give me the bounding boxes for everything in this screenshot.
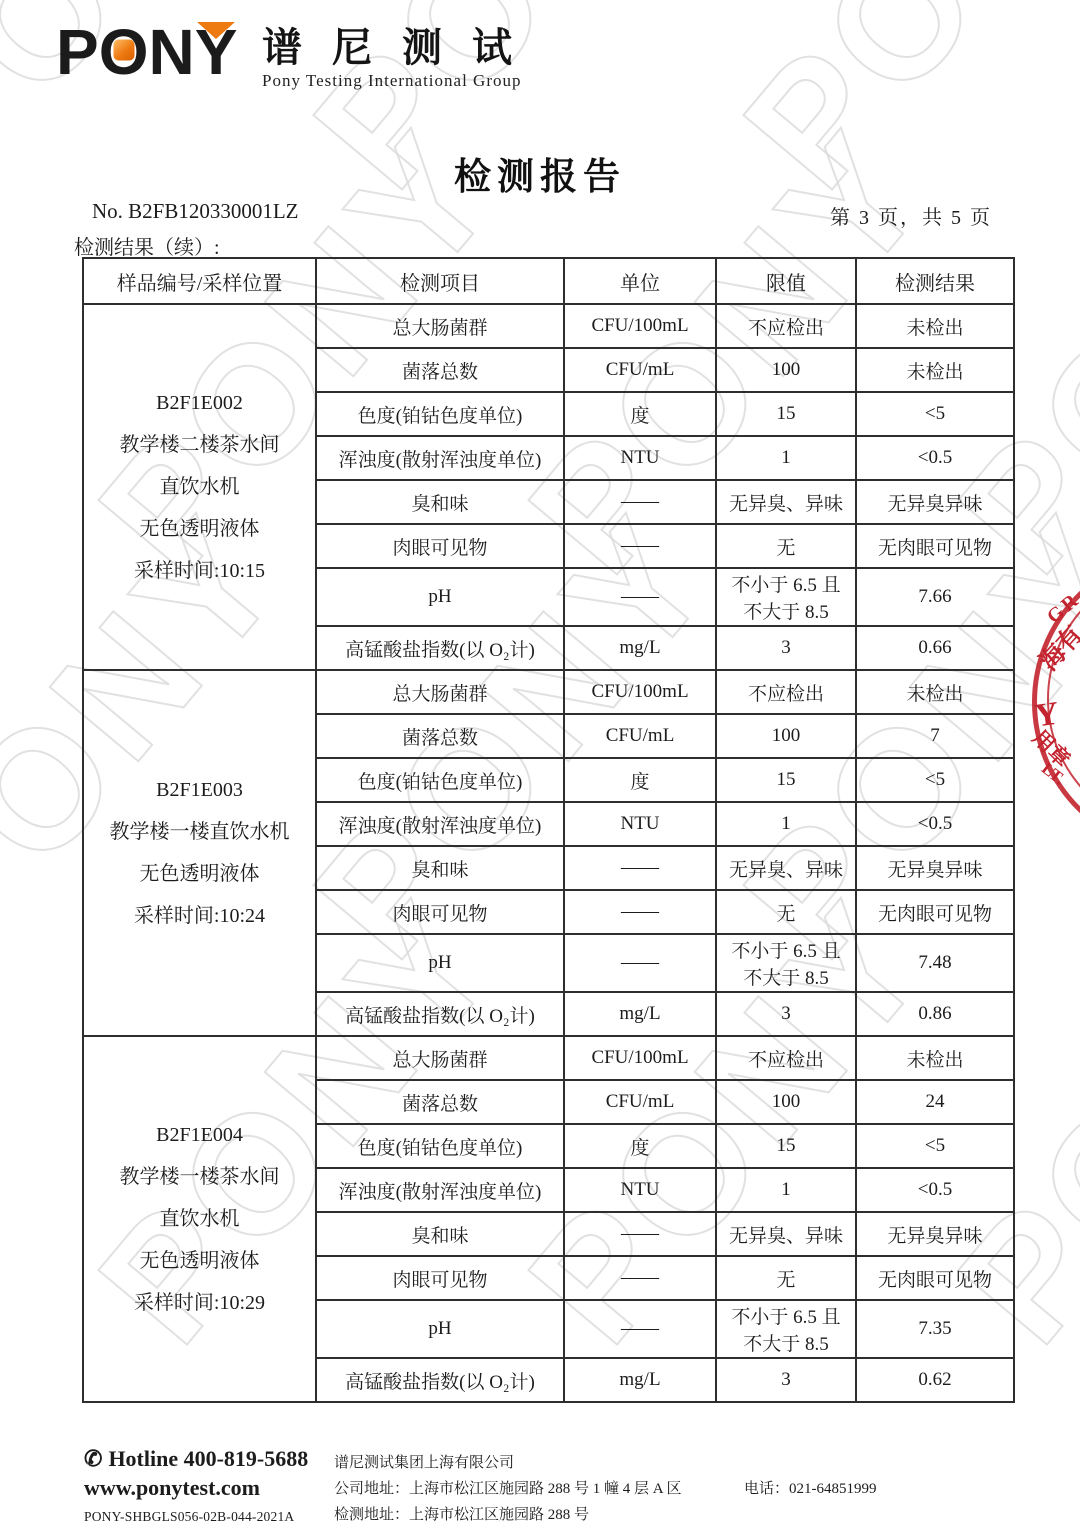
footer-left: ✆Hotline 400-819-5688 www.ponytest.com P… bbox=[84, 1446, 308, 1525]
limit-cell: 15 bbox=[716, 758, 856, 802]
logo-orange-triangle bbox=[197, 22, 235, 39]
item-cell: pH bbox=[316, 568, 564, 626]
document-code: PONY-SHBGLS056-02B-044-2021A bbox=[84, 1509, 308, 1525]
limit-cell: 100 bbox=[716, 714, 856, 758]
item-cell: 浑浊度(散射浑浊度单位) bbox=[316, 802, 564, 846]
limit-cell: 3 bbox=[716, 626, 856, 670]
footer-phone: 电话：021-64851999 bbox=[744, 1477, 877, 1498]
item-cell: 臭和味 bbox=[316, 1212, 564, 1256]
result-cell: 7.48 bbox=[856, 934, 1014, 992]
result-cell: 无异臭异味 bbox=[856, 1212, 1014, 1256]
result-cell: 无肉眼可见物 bbox=[856, 1256, 1014, 1300]
page-number-info: 第 3 页，共 5 页 bbox=[830, 201, 992, 230]
result-cell: 未检出 bbox=[856, 304, 1014, 348]
item-cell: 肉眼可见物 bbox=[316, 524, 564, 568]
report-page: PONYPONYPONYPONYPONYPONYPONYPONYPONYPONY… bbox=[0, 0, 1080, 1528]
unit-cell: mg/L bbox=[564, 1358, 716, 1402]
limit-cell: 不小于 6.5 且 不大于 8.5 bbox=[716, 568, 856, 626]
unit-cell: —— bbox=[564, 934, 716, 992]
col-header-sample: 样品编号/采样位置 bbox=[83, 258, 316, 304]
unit-cell: mg/L bbox=[564, 992, 716, 1036]
item-cell: 肉眼可见物 bbox=[316, 890, 564, 934]
logo-letter: P bbox=[56, 18, 99, 86]
unit-cell: —— bbox=[564, 480, 716, 524]
phone-icon: ✆ bbox=[84, 1446, 102, 1471]
result-cell: 无异臭异味 bbox=[856, 480, 1014, 524]
unit-cell: 度 bbox=[564, 392, 716, 436]
result-cell: 0.62 bbox=[856, 1358, 1014, 1402]
logo-letter: O bbox=[99, 18, 149, 86]
unit-cell: NTU bbox=[564, 1168, 716, 1212]
unit-cell: —— bbox=[564, 890, 716, 934]
limit-cell: 无异臭、异味 bbox=[716, 480, 856, 524]
item-cell: 臭和味 bbox=[316, 846, 564, 890]
limit-cell: 15 bbox=[716, 1124, 856, 1168]
pony-logo: PONY bbox=[56, 18, 237, 90]
table-header-row: 样品编号/采样位置 检测项目 单位 限值 检测结果 bbox=[83, 258, 1014, 304]
result-cell: 7.66 bbox=[856, 568, 1014, 626]
table-row: B2F1E002 教学楼二楼茶水间 直饮水机 无色透明液体 采样时间:10:15… bbox=[83, 304, 1014, 348]
result-cell: 未检出 bbox=[856, 348, 1014, 392]
page-title: 检测报告 bbox=[0, 146, 1080, 200]
result-cell: 无肉眼可见物 bbox=[856, 524, 1014, 568]
result-cell: 24 bbox=[856, 1080, 1014, 1124]
result-cell: <0.5 bbox=[856, 1168, 1014, 1212]
limit-cell: 1 bbox=[716, 436, 856, 480]
result-cell: 0.86 bbox=[856, 992, 1014, 1036]
limit-cell: 无 bbox=[716, 890, 856, 934]
stamp-text-fragment: Y bbox=[1033, 696, 1062, 736]
results-table-wrap: 样品编号/采样位置 检测项目 单位 限值 检测结果 B2F1E002 教学楼二楼… bbox=[82, 257, 1015, 1403]
item-cell: 菌落总数 bbox=[316, 1080, 564, 1124]
item-cell: 肉眼可见物 bbox=[316, 1256, 564, 1300]
item-cell: 菌落总数 bbox=[316, 714, 564, 758]
unit-cell: NTU bbox=[564, 436, 716, 480]
item-cell: 总大肠菌群 bbox=[316, 304, 564, 348]
limit-cell: 不小于 6.5 且 不大于 8.5 bbox=[716, 1300, 856, 1358]
limit-cell: 3 bbox=[716, 1358, 856, 1402]
stamp-outer-ring bbox=[1032, 549, 1080, 855]
col-header-limit: 限值 bbox=[716, 258, 856, 304]
stamp-text-fragment: LT. bbox=[1037, 759, 1068, 790]
result-cell: <0.5 bbox=[856, 802, 1014, 846]
result-cell: 无异臭异味 bbox=[856, 846, 1014, 890]
item-cell: 色度(铂钴色度单位) bbox=[316, 758, 564, 802]
stamp-text-fragment: 海有 bbox=[1030, 616, 1080, 677]
limit-cell: 100 bbox=[716, 348, 856, 392]
limit-cell: 无 bbox=[716, 1256, 856, 1300]
unit-cell: —— bbox=[564, 1300, 716, 1358]
unit-cell: CFU/100mL bbox=[564, 1036, 716, 1080]
item-cell: 浑浊度(散射浑浊度单位) bbox=[316, 1168, 564, 1212]
footer-middle: 谱尼测试集团上海有限公司 公司地址：上海市松江区施园路 288 号 1 幢 4 … bbox=[334, 1450, 682, 1528]
unit-cell: mg/L bbox=[564, 626, 716, 670]
unit-cell: 度 bbox=[564, 758, 716, 802]
table-row: B2F1E004 教学楼一楼茶水间 直饮水机 无色透明液体 采样时间:10:29… bbox=[83, 1036, 1014, 1080]
col-header-result: 检测结果 bbox=[856, 258, 1014, 304]
limit-cell: 无异臭、异味 bbox=[716, 846, 856, 890]
limit-cell: 不小于 6.5 且 不大于 8.5 bbox=[716, 934, 856, 992]
result-cell: <0.5 bbox=[856, 436, 1014, 480]
sample-info-cell: B2F1E002 教学楼二楼茶水间 直饮水机 无色透明液体 采样时间:10:15 bbox=[83, 304, 316, 670]
result-cell: 7.35 bbox=[856, 1300, 1014, 1358]
table-row: B2F1E003 教学楼一楼直饮水机 无色透明液体 采样时间:10:24总大肠菌… bbox=[83, 670, 1014, 714]
unit-cell: —— bbox=[564, 1212, 716, 1256]
section-label: 检测结果（续）: bbox=[74, 231, 220, 260]
limit-cell: 无异臭、异味 bbox=[716, 1212, 856, 1256]
limit-cell: 不应检出 bbox=[716, 1036, 856, 1080]
unit-cell: CFU/mL bbox=[564, 714, 716, 758]
result-cell: <5 bbox=[856, 758, 1014, 802]
result-cell: <5 bbox=[856, 392, 1014, 436]
brand-block: 谱尼测试 Pony Testing International Group bbox=[262, 26, 542, 91]
limit-cell: 不应检出 bbox=[716, 670, 856, 714]
hotline-text: Hotline 400-819-5688 bbox=[108, 1446, 308, 1471]
item-cell: pH bbox=[316, 1300, 564, 1358]
unit-cell: NTU bbox=[564, 802, 716, 846]
sample-info-cell: B2F1E003 教学楼一楼直饮水机 无色透明液体 采样时间:10:24 bbox=[83, 670, 316, 1036]
unit-cell: CFU/mL bbox=[564, 348, 716, 392]
limit-cell: 1 bbox=[716, 802, 856, 846]
unit-cell: —— bbox=[564, 568, 716, 626]
item-cell: 菌落总数 bbox=[316, 348, 564, 392]
limit-cell: 不应检出 bbox=[716, 304, 856, 348]
company-address: 公司地址：上海市松江区施园路 288 号 1 幢 4 层 A 区 bbox=[334, 1476, 682, 1502]
brand-chinese-name: 谱尼测试 bbox=[262, 26, 542, 70]
results-table: 样品编号/采样位置 检测项目 单位 限值 检测结果 B2F1E002 教学楼二楼… bbox=[82, 257, 1015, 1403]
sample-info-cell: B2F1E004 教学楼一楼茶水间 直饮水机 无色透明液体 采样时间:10:29 bbox=[83, 1036, 316, 1402]
unit-cell: —— bbox=[564, 1256, 716, 1300]
item-cell: pH bbox=[316, 934, 564, 992]
website-link[interactable]: www.ponytest.com bbox=[84, 1475, 308, 1501]
brand-english-name: Pony Testing International Group bbox=[262, 71, 542, 91]
item-cell: 高锰酸盐指数(以 O₂计) bbox=[316, 626, 564, 670]
hotline-line: ✆Hotline 400-819-5688 bbox=[84, 1446, 308, 1472]
col-header-item: 检测项目 bbox=[316, 258, 564, 304]
item-cell: 色度(铂钴色度单位) bbox=[316, 392, 564, 436]
unit-cell: 度 bbox=[564, 1124, 716, 1168]
limit-cell: 3 bbox=[716, 992, 856, 1036]
item-cell: 色度(铂钴色度单位) bbox=[316, 1124, 564, 1168]
item-cell: 臭和味 bbox=[316, 480, 564, 524]
limit-cell: 1 bbox=[716, 1168, 856, 1212]
item-cell: 浑浊度(散射浑浊度单位) bbox=[316, 436, 564, 480]
result-cell: <5 bbox=[856, 1124, 1014, 1168]
logo-letter: Y bbox=[195, 18, 238, 86]
stamp-text-fragment: 用章 bbox=[1026, 723, 1077, 774]
col-header-unit: 单位 bbox=[564, 258, 716, 304]
stamp-text-fragment: GR bbox=[1043, 588, 1080, 629]
stamp-inner-ring bbox=[1047, 564, 1080, 834]
item-cell: 高锰酸盐指数(以 O₂计) bbox=[316, 992, 564, 1036]
result-cell: 无肉眼可见物 bbox=[856, 890, 1014, 934]
unit-cell: CFU/mL bbox=[564, 1080, 716, 1124]
unit-cell: —— bbox=[564, 846, 716, 890]
company-name: 谱尼测试集团上海有限公司 bbox=[334, 1450, 682, 1476]
item-cell: 高锰酸盐指数(以 O₂计) bbox=[316, 1358, 564, 1402]
limit-cell: 100 bbox=[716, 1080, 856, 1124]
result-cell: 7 bbox=[856, 714, 1014, 758]
unit-cell: CFU/100mL bbox=[564, 670, 716, 714]
limit-cell: 15 bbox=[716, 392, 856, 436]
report-number: No. B2FB120330001LZ bbox=[92, 199, 299, 224]
item-cell: 总大肠菌群 bbox=[316, 1036, 564, 1080]
test-address: 检测地址：上海市松江区施园路 288 号 bbox=[334, 1502, 682, 1528]
unit-cell: CFU/100mL bbox=[564, 304, 716, 348]
result-cell: 未检出 bbox=[856, 1036, 1014, 1080]
unit-cell: —— bbox=[564, 524, 716, 568]
result-cell: 0.66 bbox=[856, 626, 1014, 670]
logo-orange-square bbox=[113, 39, 134, 60]
result-cell: 未检出 bbox=[856, 670, 1014, 714]
limit-cell: 无 bbox=[716, 524, 856, 568]
logo-letter: N bbox=[148, 18, 194, 86]
item-cell: 总大肠菌群 bbox=[316, 670, 564, 714]
